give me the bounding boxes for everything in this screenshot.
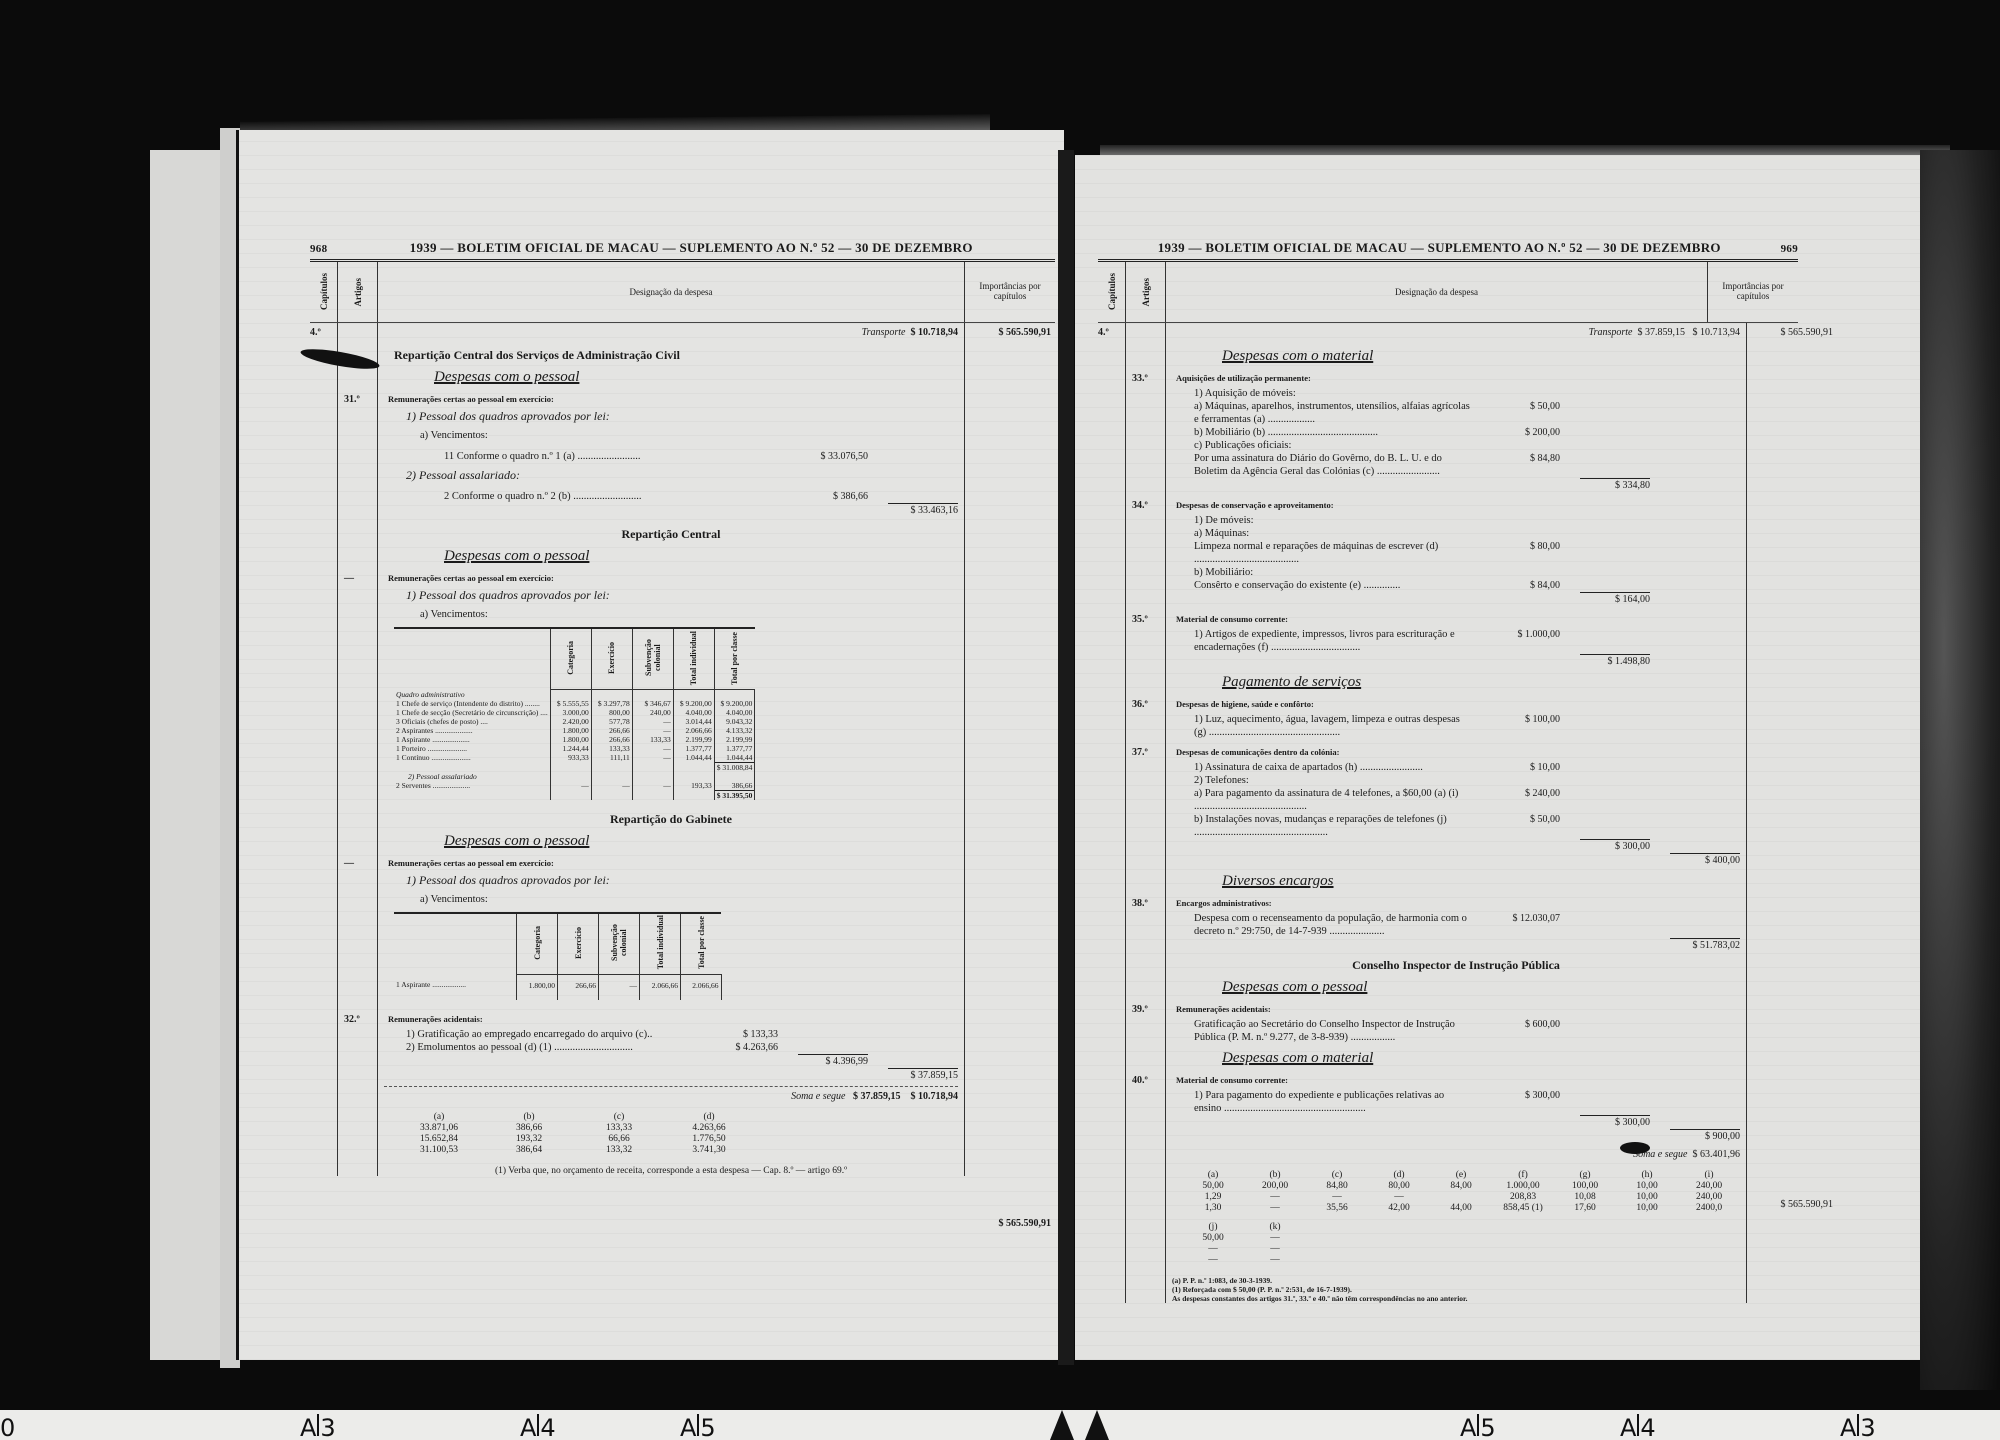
- note-value: 200,00: [1244, 1181, 1306, 1192]
- budget-line: 1) Assinatura de caixa de apartados (h) …: [1194, 761, 1740, 774]
- cell-value: —: [550, 781, 591, 791]
- text: [1650, 452, 1740, 478]
- line-amount: $ 10,00: [1470, 761, 1560, 774]
- note-value: 84,00: [1430, 1181, 1492, 1192]
- cell-value: 1.377,77: [714, 744, 755, 753]
- film-marker: A3: [300, 1414, 336, 1440]
- artigo-title: Despesas de higiene, saúde e confôrto:: [1176, 699, 1740, 709]
- text: [1470, 592, 1560, 606]
- text: [673, 772, 714, 781]
- note-value: 50,00: [1182, 1181, 1244, 1192]
- line-text: Por uma assinatura do Diário do Govêrno,…: [1194, 452, 1470, 478]
- table-group-label: Quadro administrativo: [394, 690, 550, 699]
- cell-value: 2.066,66: [673, 726, 714, 735]
- page-number: 969: [1781, 243, 1798, 255]
- note-value: 208,83: [1492, 1192, 1554, 1203]
- note-value: 10,00: [1616, 1181, 1678, 1192]
- note-value: 1.776,50: [664, 1134, 754, 1145]
- cell-value: $ 9.200,00: [714, 699, 755, 708]
- text: [1560, 938, 1650, 952]
- text: [591, 762, 632, 772]
- cell-value: 2.066,66: [640, 974, 681, 1000]
- note-value: 386,66: [484, 1123, 574, 1134]
- text: [1560, 628, 1650, 654]
- line-amount: $ 200,00: [1470, 426, 1560, 439]
- text: [1560, 853, 1650, 867]
- note-value: 240,00: [1678, 1192, 1740, 1203]
- table-row: 1 Porteiro .....................1.244,44…: [394, 744, 755, 753]
- cell-value: —: [632, 781, 673, 791]
- total: $ 51.783,02: [1670, 938, 1740, 952]
- total-line: $ 37.859,15: [406, 1068, 958, 1082]
- cell-value: 2.199,99: [673, 735, 714, 744]
- note-value: 80,00: [1368, 1181, 1430, 1192]
- cell-value: 3.000,00: [550, 708, 591, 717]
- note-value: 133,32: [574, 1145, 664, 1156]
- table-row: 1 Contínuo .....................933,3311…: [394, 753, 755, 763]
- text: [1650, 514, 1740, 527]
- header-capitulos: Capítulos: [1107, 273, 1117, 310]
- text: [1560, 1089, 1650, 1115]
- subtotal: $ 300,00: [1580, 1115, 1650, 1129]
- left-page: 968 1939 — BOLETIM OFICIAL DE MACAU — SU…: [310, 240, 1055, 1176]
- line-amount: [1470, 566, 1560, 579]
- line-amount: [1470, 387, 1560, 400]
- text: [1470, 654, 1560, 668]
- subtotal: $ 164,00: [1580, 592, 1650, 606]
- text: $ 1.498,80: [1560, 654, 1650, 668]
- text: [1560, 813, 1650, 839]
- cell-value: 133,33: [591, 744, 632, 753]
- soma-total: $ 565.590,91: [999, 1218, 1052, 1229]
- text: [1650, 478, 1740, 492]
- text: [1560, 787, 1650, 813]
- artigo-number: —: [344, 573, 354, 584]
- note-value: 17,60: [1554, 1203, 1616, 1214]
- text: [1194, 839, 1470, 853]
- cell-value: —: [632, 717, 673, 726]
- note-value: [1430, 1192, 1492, 1203]
- table-body: 4.º Transporte $ 10.718,94 Repartição Ce…: [310, 323, 1055, 1176]
- text: [591, 772, 632, 781]
- text: [1560, 439, 1650, 452]
- designacao-column: Transporte $ 37.859,15 $ 10.713,94 Despe…: [1166, 323, 1747, 1303]
- designacao-column: Transporte $ 10.718,94 Repartição Centra…: [378, 323, 965, 1176]
- footnote: (a) P. P. n.º 1:083, de 30-3-1939.: [1172, 1276, 1740, 1285]
- row-label: 1 Chefe de serviço (Intendente do distri…: [394, 699, 550, 708]
- text: [1650, 566, 1740, 579]
- line-amount: $ 50,00: [1470, 813, 1560, 839]
- right-page-edge-shadow: [1920, 150, 2000, 1390]
- total: $ 400,00: [1670, 853, 1740, 867]
- running-head-title: 1939 — BOLETIM OFICIAL DE MACAU — SUPLEM…: [327, 240, 1055, 256]
- text: [673, 762, 714, 772]
- line-text: c) Publicações oficiais:: [1194, 439, 1470, 452]
- total-line: $ 400,00: [1194, 853, 1740, 867]
- note-header: (c): [1306, 1170, 1368, 1181]
- budget-line: a) Máquinas, aparelhos, instrumentos, ut…: [1194, 400, 1740, 426]
- note-header: (i): [1678, 1170, 1740, 1181]
- heading-despesas-pessoal: Despesas com o pessoal: [444, 548, 958, 565]
- film-marker: A5: [680, 1414, 716, 1440]
- budget-line: 2) Telefones:: [1194, 774, 1740, 787]
- artigo-title: Despesas de conservação e aproveitamento…: [1176, 500, 1740, 510]
- budget-line: Limpeza normal e reparações de máquinas …: [1194, 540, 1740, 566]
- text: [1194, 592, 1470, 606]
- budget-line: 1) Artigos de expediente, impressos, liv…: [1194, 628, 1740, 654]
- capitulo-number: 4.º: [1098, 323, 1126, 1303]
- text: [1560, 540, 1650, 566]
- note-header: (j): [1182, 1222, 1244, 1233]
- text: [714, 690, 755, 699]
- artigo-number: 35.º: [1132, 614, 1148, 625]
- budget-line: a) Máquinas:: [1194, 527, 1740, 540]
- note-value: —: [1244, 1244, 1306, 1255]
- row-label: 2) Pessoal assalariado: [394, 772, 550, 781]
- text: [673, 790, 714, 800]
- text: [1194, 938, 1470, 952]
- cell-value: 933,33: [550, 753, 591, 763]
- note-value: —: [1306, 1192, 1368, 1203]
- artigo-title: Remunerações acidentais:: [388, 1014, 958, 1024]
- subtotal: $ 334,80: [1580, 478, 1650, 492]
- text: [1650, 1089, 1740, 1115]
- page-number: 968: [310, 243, 327, 255]
- budget-line: b) Mobiliário:: [1194, 566, 1740, 579]
- text: [1650, 813, 1740, 839]
- budget-line: 1) Aquisição de móveis:: [1194, 387, 1740, 400]
- header-designacao: Designação da despesa: [378, 262, 965, 322]
- subtotal: $ 31.008,84: [714, 762, 755, 772]
- line-text: 1) Para pagamento do expediente e public…: [1194, 1089, 1470, 1115]
- artigo-number: 40.º: [1132, 1075, 1148, 1086]
- microfilm-strip: 0A3A4A5A5A4A3: [0, 1410, 2000, 1440]
- budget-line: 1) Para pagamento do expediente e public…: [1194, 1089, 1740, 1115]
- text: [1470, 853, 1560, 867]
- cell-value: 386,66: [714, 781, 755, 791]
- section-heading: Pagamento de serviços: [1222, 674, 1740, 691]
- footnote: As despesas constantes dos artigos 31.º,…: [1172, 1294, 1740, 1303]
- subtotal-line: $ 300,00: [1194, 1115, 1740, 1129]
- footnote: (1) Verba que, no orçamento de receita, …: [384, 1166, 958, 1176]
- note-value: —: [1182, 1244, 1244, 1255]
- budget-line: Por uma assinatura do Diário do Govêrno,…: [1194, 452, 1740, 478]
- line-text: 2) Pessoal assalariado:: [406, 469, 958, 482]
- text: [1650, 439, 1740, 452]
- note-value: 193,32: [484, 1134, 574, 1145]
- subtotal-line: $ 33.463,16: [444, 503, 958, 517]
- row-label: 1 Chefe de secção (Secretário de circuns…: [394, 708, 550, 717]
- text: [1560, 761, 1650, 774]
- film-marker: A4: [1620, 1414, 1656, 1440]
- text: [632, 690, 673, 699]
- line-amount: [1470, 527, 1560, 540]
- text: [394, 762, 550, 772]
- text: [550, 762, 591, 772]
- header-importancias: Importâncias por capítulos: [965, 262, 1055, 322]
- note-header: (f): [1492, 1170, 1554, 1181]
- cell-value: 800,00: [591, 708, 632, 717]
- text: [394, 790, 550, 800]
- cell-value: 1.800,00: [517, 974, 558, 1000]
- text: [1560, 514, 1650, 527]
- cell-value: —: [591, 781, 632, 791]
- row-label: 3 Oficiais (chefes de posto) ....: [394, 717, 550, 726]
- cell-value: 4.040,00: [714, 708, 755, 717]
- note-value: 50,00: [1182, 1233, 1244, 1244]
- cell-value: 1.800,00: [550, 735, 591, 744]
- transporte-row: Transporte $ 10.718,94: [384, 323, 958, 342]
- text: [632, 762, 673, 772]
- table-header: Capítulos Artigos Designação da despesa …: [310, 262, 1055, 323]
- text: [714, 772, 755, 781]
- gutter: [1058, 150, 1074, 1365]
- text: $ 334,80: [1560, 478, 1650, 492]
- table-row: 1 Chefe de secção (Secretário de circuns…: [394, 708, 755, 717]
- table-row: 3 Oficiais (chefes de posto) ....2.420,0…: [394, 717, 755, 726]
- table-row: 1 Aspirante ..................1.800,0026…: [394, 974, 721, 1000]
- row-label: 1 Aspirante ..................: [394, 974, 517, 1000]
- text: $ 164,00: [1560, 592, 1650, 606]
- table-row: 1 Chefe de serviço (Intendente do distri…: [394, 699, 755, 708]
- film-marker: A5: [1460, 1414, 1496, 1440]
- transporte-total: $ 565.590,91: [1747, 327, 1833, 338]
- note-value: —: [1244, 1255, 1306, 1266]
- notes-table: (a)(b)(c)(d)(e)(f)(g)(h)(i)50,00200,0084…: [1182, 1170, 1740, 1214]
- cell-value: 1.044,44: [714, 753, 755, 763]
- table-row: 2 Aspirantes ....................1.800,0…: [394, 726, 755, 735]
- note-value: 386,64: [484, 1145, 574, 1156]
- text: [632, 772, 673, 781]
- cell-value: 2.199,99: [714, 735, 755, 744]
- subtotal-line: $ 4.396,99: [406, 1054, 958, 1068]
- budget-line: b) Instalações novas, mudanças e reparaç…: [1194, 813, 1740, 839]
- artigo-title: Encargos administrativos:: [1176, 898, 1740, 908]
- line-amount: $ 80,00: [1470, 540, 1560, 566]
- text: [1194, 1115, 1470, 1129]
- cell-value: 2.420,00: [550, 717, 591, 726]
- text: [1650, 1018, 1740, 1044]
- text: [1560, 912, 1650, 938]
- text: [1194, 1129, 1470, 1143]
- line-text: Despesa com o recenseamento da população…: [1194, 912, 1470, 938]
- text: [673, 690, 714, 699]
- total-line: $ 900,00: [1194, 1129, 1740, 1143]
- text: [1650, 527, 1740, 540]
- cell-value: —: [632, 753, 673, 763]
- section-title: Conselho Inspector de Instrução Pública: [1172, 958, 1740, 973]
- budget-line: 1) De móveis:: [1194, 514, 1740, 527]
- text: [1650, 628, 1740, 654]
- note-value: 858,45 (1): [1492, 1203, 1554, 1214]
- transporte-row: Transporte $ 37.859,15 $ 10.713,94: [1172, 323, 1740, 342]
- line-text: a) Máquinas:: [1194, 527, 1470, 540]
- text: [550, 790, 591, 800]
- footnotes: (a) P. P. n.º 1:083, de 30-3-1939.(1) Re…: [1172, 1276, 1740, 1303]
- cell-value: 9.043,32: [714, 717, 755, 726]
- line-text: 1) De móveis:: [1194, 514, 1470, 527]
- line-text: 1) Aquisição de móveis:: [1194, 387, 1470, 400]
- header-designacao: Designação da despesa: [1166, 262, 1708, 322]
- frame-marker-icon: [1085, 1410, 1109, 1440]
- cell-value: 4.040,00: [673, 708, 714, 717]
- line-amount: $ 12.030,07: [1470, 912, 1560, 938]
- note-header: (a): [394, 1112, 484, 1123]
- text: [1560, 1018, 1650, 1044]
- total-line: $ 51.783,02: [1194, 938, 1740, 952]
- running-head: 968 1939 — BOLETIM OFICIAL DE MACAU — SU…: [310, 240, 1055, 262]
- section-heading: Despesas com o material: [1222, 348, 1740, 365]
- artigo-number: 31.º: [344, 394, 360, 405]
- budget-line: Consêrto e conservação do existente (e) …: [1194, 579, 1740, 592]
- artigo-title: Aquisições de utilização permanente:: [1176, 373, 1740, 383]
- text: [550, 690, 591, 699]
- budget-line: 1) Gratificação ao empregado encarregado…: [406, 1028, 958, 1041]
- text: [1194, 853, 1470, 867]
- line-text: a) Vencimentos:: [420, 608, 958, 621]
- soma-total: $ 565.590,91: [1781, 1199, 1834, 1210]
- text: $ 900,00: [1650, 1129, 1740, 1143]
- note-header: (b): [1244, 1170, 1306, 1181]
- line-text: a) Máquinas, aparelhos, instrumentos, ut…: [1194, 400, 1470, 426]
- cell-value: —: [599, 974, 640, 1000]
- note-value: —: [1182, 1255, 1244, 1266]
- note-header: (a): [1182, 1170, 1244, 1181]
- text: [1560, 452, 1650, 478]
- row-label: 1 Porteiro .....................: [394, 744, 550, 753]
- text: [550, 772, 591, 781]
- note-value: 1,30: [1182, 1203, 1244, 1214]
- cell-value: $ 3.297,78: [591, 699, 632, 708]
- text: [1650, 592, 1740, 606]
- line-amount: [1470, 514, 1560, 527]
- text: [1470, 839, 1560, 853]
- budget-line: c) Publicações oficiais:: [1194, 439, 1740, 452]
- line-text: a) Vencimentos:: [420, 893, 958, 906]
- text: $ 400,00: [1650, 853, 1740, 867]
- note-header: (d): [664, 1112, 754, 1123]
- note-header: (k): [1244, 1222, 1306, 1233]
- section-repartição-central: Repartição Central: [384, 527, 958, 542]
- line-amount: [1470, 439, 1560, 452]
- row-label: 1 Aspirante ....................: [394, 735, 550, 744]
- text: [1470, 478, 1560, 492]
- note-value: 66,66: [574, 1134, 664, 1145]
- row-label: 2 Serventes ....................: [394, 781, 550, 791]
- note-value: 240,00: [1678, 1181, 1740, 1192]
- total: $ 31.395,50: [714, 790, 755, 800]
- running-head-title: 1939 — BOLETIM OFICIAL DE MACAU — SUPLEM…: [1098, 240, 1781, 256]
- artigo-number: 37.º: [1132, 747, 1148, 758]
- cell-value: 133,33: [632, 735, 673, 744]
- note-value: —: [1244, 1203, 1306, 1214]
- total: $ 900,00: [1670, 1129, 1740, 1143]
- line-amount: $ 300,00: [1470, 1089, 1560, 1115]
- note-header: (e): [1430, 1170, 1492, 1181]
- budget-line: a) Para pagamento da assinatura de 4 tel…: [1194, 787, 1740, 813]
- line-amount: $ 1.000,00: [1470, 628, 1560, 654]
- budget-line: b) Mobiliário (b) ......................…: [1194, 426, 1740, 439]
- text: [1194, 478, 1470, 492]
- line-text: 1) Pessoal dos quadros aprovados por lei…: [406, 410, 958, 423]
- line-text: b) Instalações novas, mudanças e reparaç…: [1194, 813, 1470, 839]
- film-marker: A4: [520, 1414, 556, 1440]
- line-amount: $ 240,00: [1470, 787, 1560, 813]
- note-value: 15.652,84: [394, 1134, 484, 1145]
- line-text: Gratificação ao Secretário do Conselho I…: [1194, 1018, 1470, 1044]
- text: [1650, 713, 1740, 739]
- text: $ 51.783,02: [1650, 938, 1740, 952]
- line-text: 1) Pessoal dos quadros aprovados por lei…: [406, 874, 958, 887]
- line-text: 2) Telefones:: [1194, 774, 1470, 787]
- note-value: 84,80: [1306, 1181, 1368, 1192]
- text: [1560, 566, 1650, 579]
- text: [1470, 1129, 1560, 1143]
- ink-smudge: [1620, 1142, 1650, 1154]
- cell-value: $ 9.200,00: [673, 699, 714, 708]
- section-title: Repartição Central dos Serviços de Admin…: [394, 348, 958, 363]
- line-text: a) Para pagamento da assinatura de 4 tel…: [1194, 787, 1470, 813]
- soma-e-segue-row: Soma e segue $ 37.859,15 $ 10.718,94: [384, 1086, 958, 1106]
- line-amount: $ 84,00: [1470, 579, 1560, 592]
- cell-value: —: [632, 744, 673, 753]
- cell-value: 4.133,32: [714, 726, 755, 735]
- note-value: 133,33: [574, 1123, 664, 1134]
- text: [1650, 400, 1740, 426]
- note-value: 1.000,00: [1492, 1181, 1554, 1192]
- text: [591, 690, 632, 699]
- cell-value: 266,66: [591, 726, 632, 735]
- artigo-title: Remunerações certas ao pessoal em exercí…: [388, 858, 958, 868]
- text: [1650, 787, 1740, 813]
- artigo-number: 34.º: [1132, 500, 1148, 511]
- line-text: Limpeza normal e reparações de máquinas …: [1194, 540, 1470, 566]
- line-text: 1) Luz, aquecimento, água, lavagem, limp…: [1194, 713, 1470, 739]
- importancias-column: $ 565.590,91 $ 565.590,91: [965, 323, 1055, 1176]
- text: [1560, 579, 1650, 592]
- note-value: 35,56: [1306, 1203, 1368, 1214]
- table-row: 1 Aspirante ....................1.800,00…: [394, 735, 755, 744]
- cell-value: —: [632, 726, 673, 735]
- table-header: Capítulos Artigos Designação da despesa …: [1098, 262, 1798, 323]
- cell-value: 111,11: [591, 753, 632, 763]
- artigo-title: Material de consumo corrente:: [1176, 614, 1740, 624]
- transporte-total: $ 565.590,91: [965, 327, 1051, 338]
- note-value: 10,08: [1554, 1192, 1616, 1203]
- note-header: (h): [1616, 1170, 1678, 1181]
- soma-e-segue-row: Soma e segue $ 63.401,96: [1172, 1145, 1740, 1164]
- text: [1560, 774, 1650, 787]
- text: [1650, 1115, 1740, 1129]
- importancias-column: $ 565.590,91 $ 565.590,91: [1747, 323, 1837, 1303]
- cell-value: 193,33: [673, 781, 714, 791]
- cell-value: 1.044,44: [673, 753, 714, 763]
- note-value: —: [1368, 1192, 1430, 1203]
- text: [632, 790, 673, 800]
- section-heading: Despesas com o pessoal: [1222, 979, 1740, 996]
- section-repartição-gabinete: Repartição do Gabinete: [384, 812, 958, 827]
- artigo-number: 32.º: [344, 1014, 360, 1025]
- frame-marker-icon: [1050, 1410, 1074, 1440]
- table-body: 4.º Transporte $ 37.859,15 $ 10.713,94 D…: [1098, 323, 1798, 1303]
- subtotal-line: $ 164,00: [1194, 592, 1740, 606]
- film-marker: A3: [1840, 1414, 1876, 1440]
- header-artigos: Artigos: [1141, 278, 1151, 307]
- artigo-number: 38.º: [1132, 898, 1148, 909]
- note-value: 33.871,06: [394, 1123, 484, 1134]
- text: [1650, 774, 1740, 787]
- budget-line: 2 Conforme o quadro n.º 2 (b) ..........…: [444, 490, 958, 503]
